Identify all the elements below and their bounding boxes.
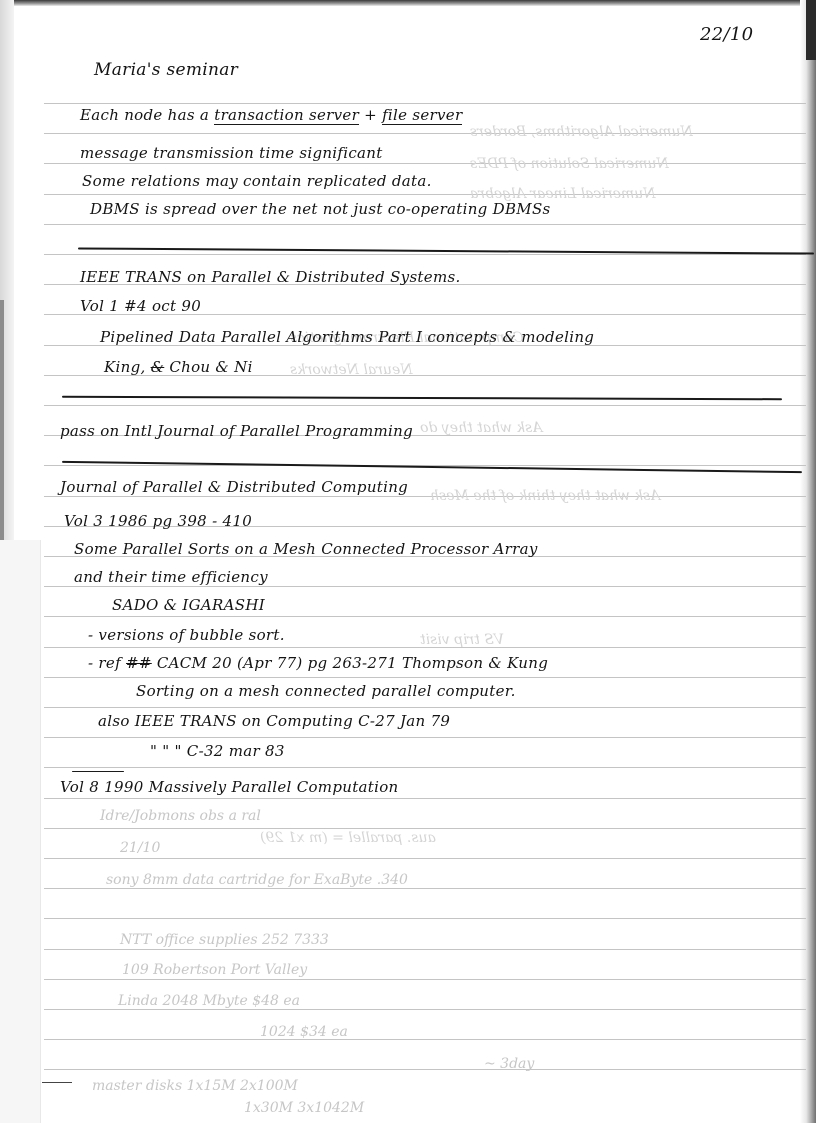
note-line: Pipelined Data Parallel Algorithms Part … xyxy=(100,328,594,346)
ruled-line xyxy=(44,737,806,738)
faint-pencil-line: 109 Robertson Port Valley xyxy=(122,962,307,978)
note-text: CACM 20 (Apr 77) pg 263-271 Thompson & K… xyxy=(152,654,548,672)
ruled-line xyxy=(44,103,806,104)
ruled-line xyxy=(44,1069,806,1070)
ruled-line xyxy=(44,828,806,829)
faint-pencil-line: master disks 1x15M 2x100M xyxy=(92,1078,298,1094)
note-line: - ref ## CACM 20 (Apr 77) pg 263-271 Tho… xyxy=(88,654,548,672)
ruled-line xyxy=(44,918,806,919)
note-line: message transmission time significant xyxy=(80,144,383,162)
note-text: Chou & Ni xyxy=(164,358,252,376)
section-divider xyxy=(62,396,782,400)
ruled-line xyxy=(44,405,806,406)
faint-pencil-line: Idre/Jobmons obs a ral xyxy=(100,808,261,824)
ruled-line xyxy=(44,163,806,164)
ruled-line xyxy=(44,767,806,768)
note-line: DBMS is spread over the net not just co-… xyxy=(90,200,551,218)
faint-pencil-line: 21/10 xyxy=(120,840,160,856)
note-line: Each node has a transaction server + fil… xyxy=(80,106,462,124)
ruled-line xyxy=(44,224,806,225)
section-title-maria-seminar: Maria's seminar xyxy=(94,60,238,80)
paper-right-shadow xyxy=(806,0,816,60)
note-line: " " " C-32 mar 83 xyxy=(150,742,285,760)
ruled-line xyxy=(44,254,806,255)
faint-pencil-line: 1x30M 3x1042M xyxy=(244,1100,364,1116)
margin-tick xyxy=(42,1082,72,1083)
note-text: - ref xyxy=(88,654,126,672)
ruled-line xyxy=(44,616,806,617)
underlined-term: file server xyxy=(382,106,462,125)
ruled-line xyxy=(44,949,806,950)
ruled-line xyxy=(44,586,806,587)
note-line: Vol 8 1990 Massively Parallel Computatio… xyxy=(60,778,398,796)
short-divider xyxy=(72,771,124,772)
faint-pencil-line: NTT office supplies 252 7333 xyxy=(120,932,329,948)
paper-right-edge xyxy=(800,0,816,1123)
faint-pencil-line: 1024 $34 ea xyxy=(260,1024,348,1040)
bleed-through-text: Numerical Solution of PDEs xyxy=(470,156,669,172)
note-line: King, & Chou & Ni xyxy=(104,358,253,376)
note-line: also IEEE TRANS on Computing C-27 Jan 79 xyxy=(98,712,450,730)
ruled-line xyxy=(44,194,806,195)
note-line: Vol 1 #4 oct 90 xyxy=(80,297,201,315)
underlined-term: transaction server xyxy=(214,106,359,125)
note-line: Some relations may contain replicated da… xyxy=(82,172,432,190)
note-text: + xyxy=(359,106,382,124)
note-line: Sorting on a mesh connected parallel com… xyxy=(136,682,516,700)
bleed-through-text: VS trip visit xyxy=(420,632,504,648)
bleed-through-text: aus. parallel = (m x1 29) xyxy=(260,830,436,846)
section-title-intl-journal: pass on Intl Journal of Parallel Program… xyxy=(60,422,413,440)
bleed-through-text: Numerical Algorithms, Borders xyxy=(470,124,693,140)
bleed-through-text: Ask what they do xyxy=(420,420,542,436)
note-line: Vol 3 1986 pg 398 - 410 xyxy=(64,512,252,530)
struck-text: & xyxy=(151,358,165,376)
faint-pencil-line: Linda 2048 Mbyte $48 ea xyxy=(118,993,300,1009)
note-text: King, xyxy=(104,358,151,376)
underlying-sheet-edge xyxy=(0,540,41,1123)
faint-pencil-line: ~ 3day xyxy=(484,1056,534,1072)
bleed-through-text: Neural Networks xyxy=(290,362,412,378)
ruled-line xyxy=(44,798,806,799)
note-line: SADO & IGARASHI xyxy=(112,596,265,614)
ruled-line xyxy=(44,1009,806,1010)
ruled-line xyxy=(44,707,806,708)
bleed-through-text: Ask what they think of the Mesh xyxy=(430,488,660,504)
section-title-jpdc: Journal of Parallel & Distributed Comput… xyxy=(60,478,408,496)
struck-text: ## xyxy=(126,654,152,672)
ruled-line xyxy=(44,1039,806,1040)
faint-pencil-line: sony 8mm data cartridge for ExaByte .340 xyxy=(106,872,408,888)
note-line: Some Parallel Sorts on a Mesh Connected … xyxy=(74,540,538,558)
note-line: - versions of bubble sort. xyxy=(88,626,285,644)
ruled-line xyxy=(44,979,806,980)
section-title-ieee-trans: IEEE TRANS on Parallel & Distributed Sys… xyxy=(80,268,461,286)
note-text: Each node has a xyxy=(80,106,214,124)
scan-top-shadow xyxy=(0,0,816,6)
ruled-line xyxy=(44,677,806,678)
ruled-line xyxy=(44,496,806,497)
page-date: 22/10 xyxy=(700,24,753,45)
ruled-line xyxy=(44,888,806,889)
ruled-line xyxy=(44,858,806,859)
section-divider xyxy=(62,461,802,473)
note-line: and their time efficiency xyxy=(74,568,268,586)
